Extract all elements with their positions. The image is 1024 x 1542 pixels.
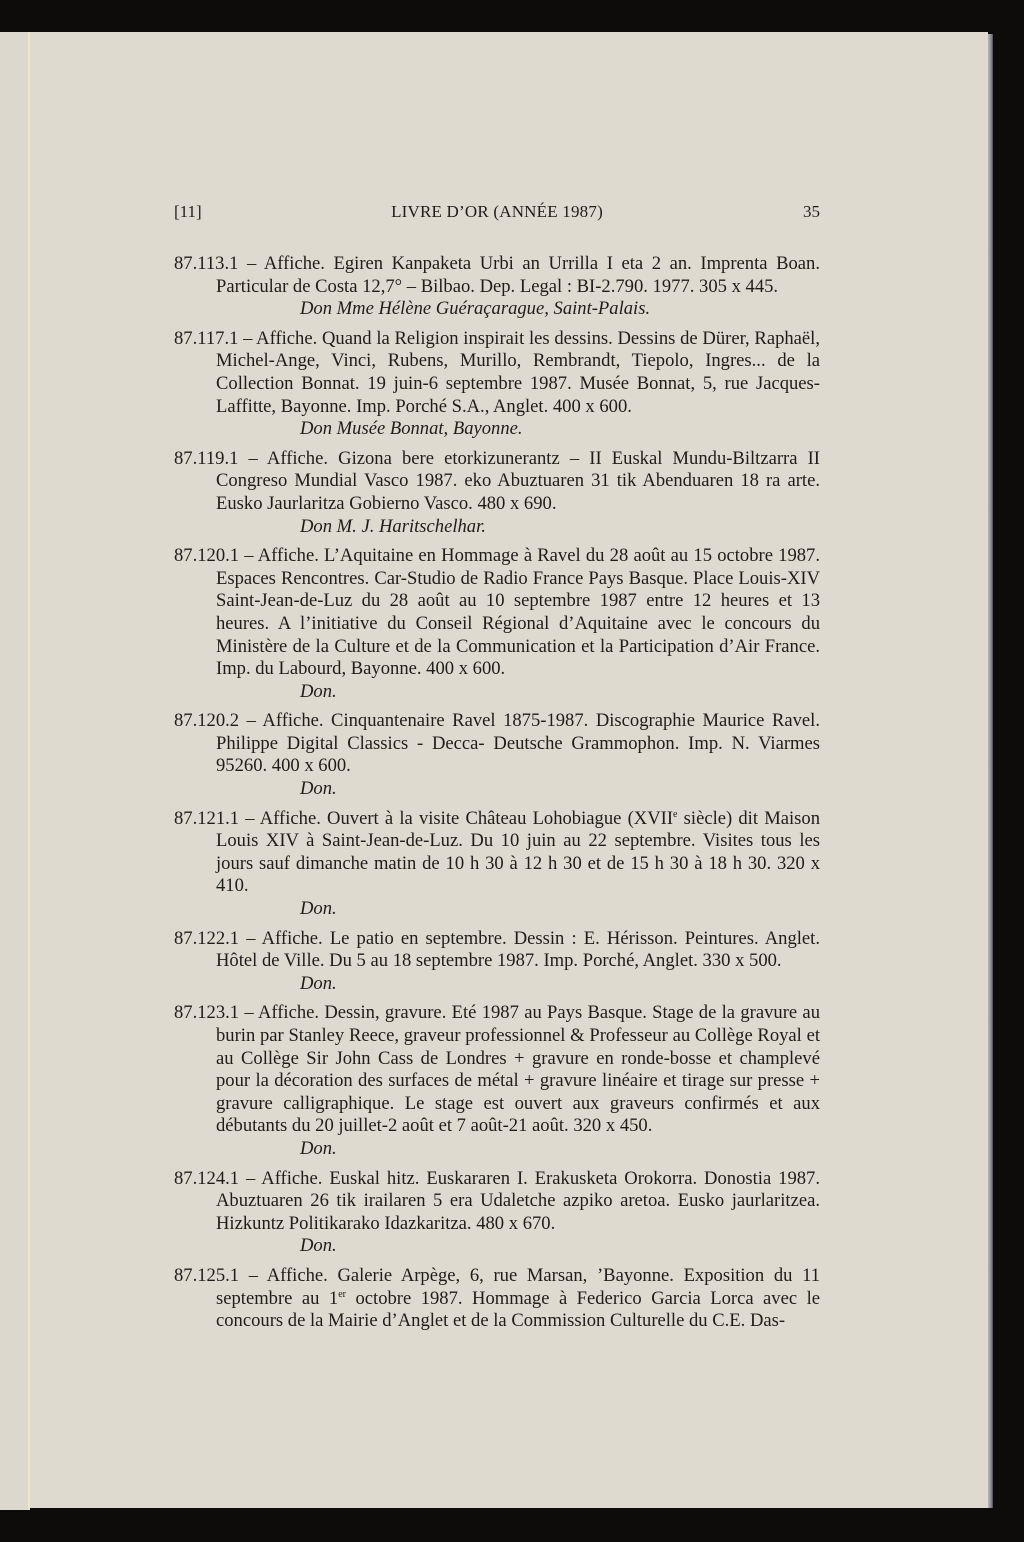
- running-title: LIVRE D’OR (ANNÉE 1987): [174, 200, 820, 224]
- catalogue-entry: 87.119.1 – Affiche. Gizona bere etorkizu…: [174, 448, 820, 538]
- entry-donor: Don.: [174, 681, 820, 704]
- entry-donor: Don Musée Bonnat, Bayonne.: [174, 418, 820, 441]
- entry-description: 87.122.1 – Affiche. Le patio en septembr…: [174, 928, 820, 973]
- catalogue-entry: 87.122.1 – Affiche. Le patio en septembr…: [174, 928, 820, 996]
- entry-donor: Don.: [174, 898, 820, 921]
- entry-description: 87.123.1 – Affiche. Dessin, gravure. Eté…: [174, 1002, 820, 1138]
- entry-description: 87.121.1 – Affiche. Ouvert à la visite C…: [174, 808, 820, 898]
- entry-donor: Don.: [174, 778, 820, 801]
- page-stack-edge: [988, 34, 993, 1508]
- catalogue-entry: 87.121.1 – Affiche. Ouvert à la visite C…: [174, 808, 820, 921]
- running-head: [11] LIVRE D’OR (ANNÉE 1987) 35: [174, 200, 820, 224]
- entry-description: 87.120.2 – Affiche. Cinquantenaire Ravel…: [174, 710, 820, 778]
- entry-description: 87.125.1 – Affiche. Galerie Arpège, 6, r…: [174, 1265, 820, 1333]
- entry-donor: Don Mme Hélène Guéraçarague, Saint-Palai…: [174, 298, 820, 321]
- previous-page-edge: [0, 32, 30, 1510]
- catalogue-entry: 87.113.1 – Affiche. Egiren Kanpaketa Urb…: [174, 253, 820, 321]
- entry-donor: Don.: [174, 1138, 820, 1161]
- page-number: 35: [803, 200, 820, 224]
- entry-description: 87.117.1 – Affiche. Quand la Religion in…: [174, 328, 820, 418]
- entry-donor: Don.: [174, 1235, 820, 1258]
- catalogue-entry: 87.120.1 – Affiche. L’Aquitaine en Homma…: [174, 545, 820, 703]
- entry-text-part: 87.121.1 – Affiche. Ouvert à la visite C…: [174, 808, 673, 829]
- entry-donor: Don.: [174, 973, 820, 996]
- superscript: er: [338, 1289, 346, 1300]
- catalogue-entry: 87.123.1 – Affiche. Dessin, gravure. Eté…: [174, 1002, 820, 1160]
- entry-description: 87.120.1 – Affiche. L’Aquitaine en Homma…: [174, 545, 820, 681]
- catalogue-entry: 87.120.2 – Affiche. Cinquantenaire Ravel…: [174, 710, 820, 800]
- catalogue-entry: 87.124.1 – Affiche. Euskal hitz. Euskara…: [174, 1168, 820, 1258]
- entry-donor: Don M. J. Haritschelhar.: [174, 516, 820, 539]
- catalogue-entry: 87.125.1 – Affiche. Galerie Arpège, 6, r…: [174, 1265, 820, 1333]
- entry-description: 87.124.1 – Affiche. Euskal hitz. Euskara…: [174, 1168, 820, 1236]
- entry-description: 87.119.1 – Affiche. Gizona bere etorkizu…: [174, 448, 820, 516]
- catalogue-entry: 87.117.1 – Affiche. Quand la Religion in…: [174, 328, 820, 441]
- entry-description: 87.113.1 – Affiche. Egiren Kanpaketa Urb…: [174, 253, 820, 298]
- catalogue-entries: 87.113.1 – Affiche. Egiren Kanpaketa Urb…: [174, 253, 820, 1340]
